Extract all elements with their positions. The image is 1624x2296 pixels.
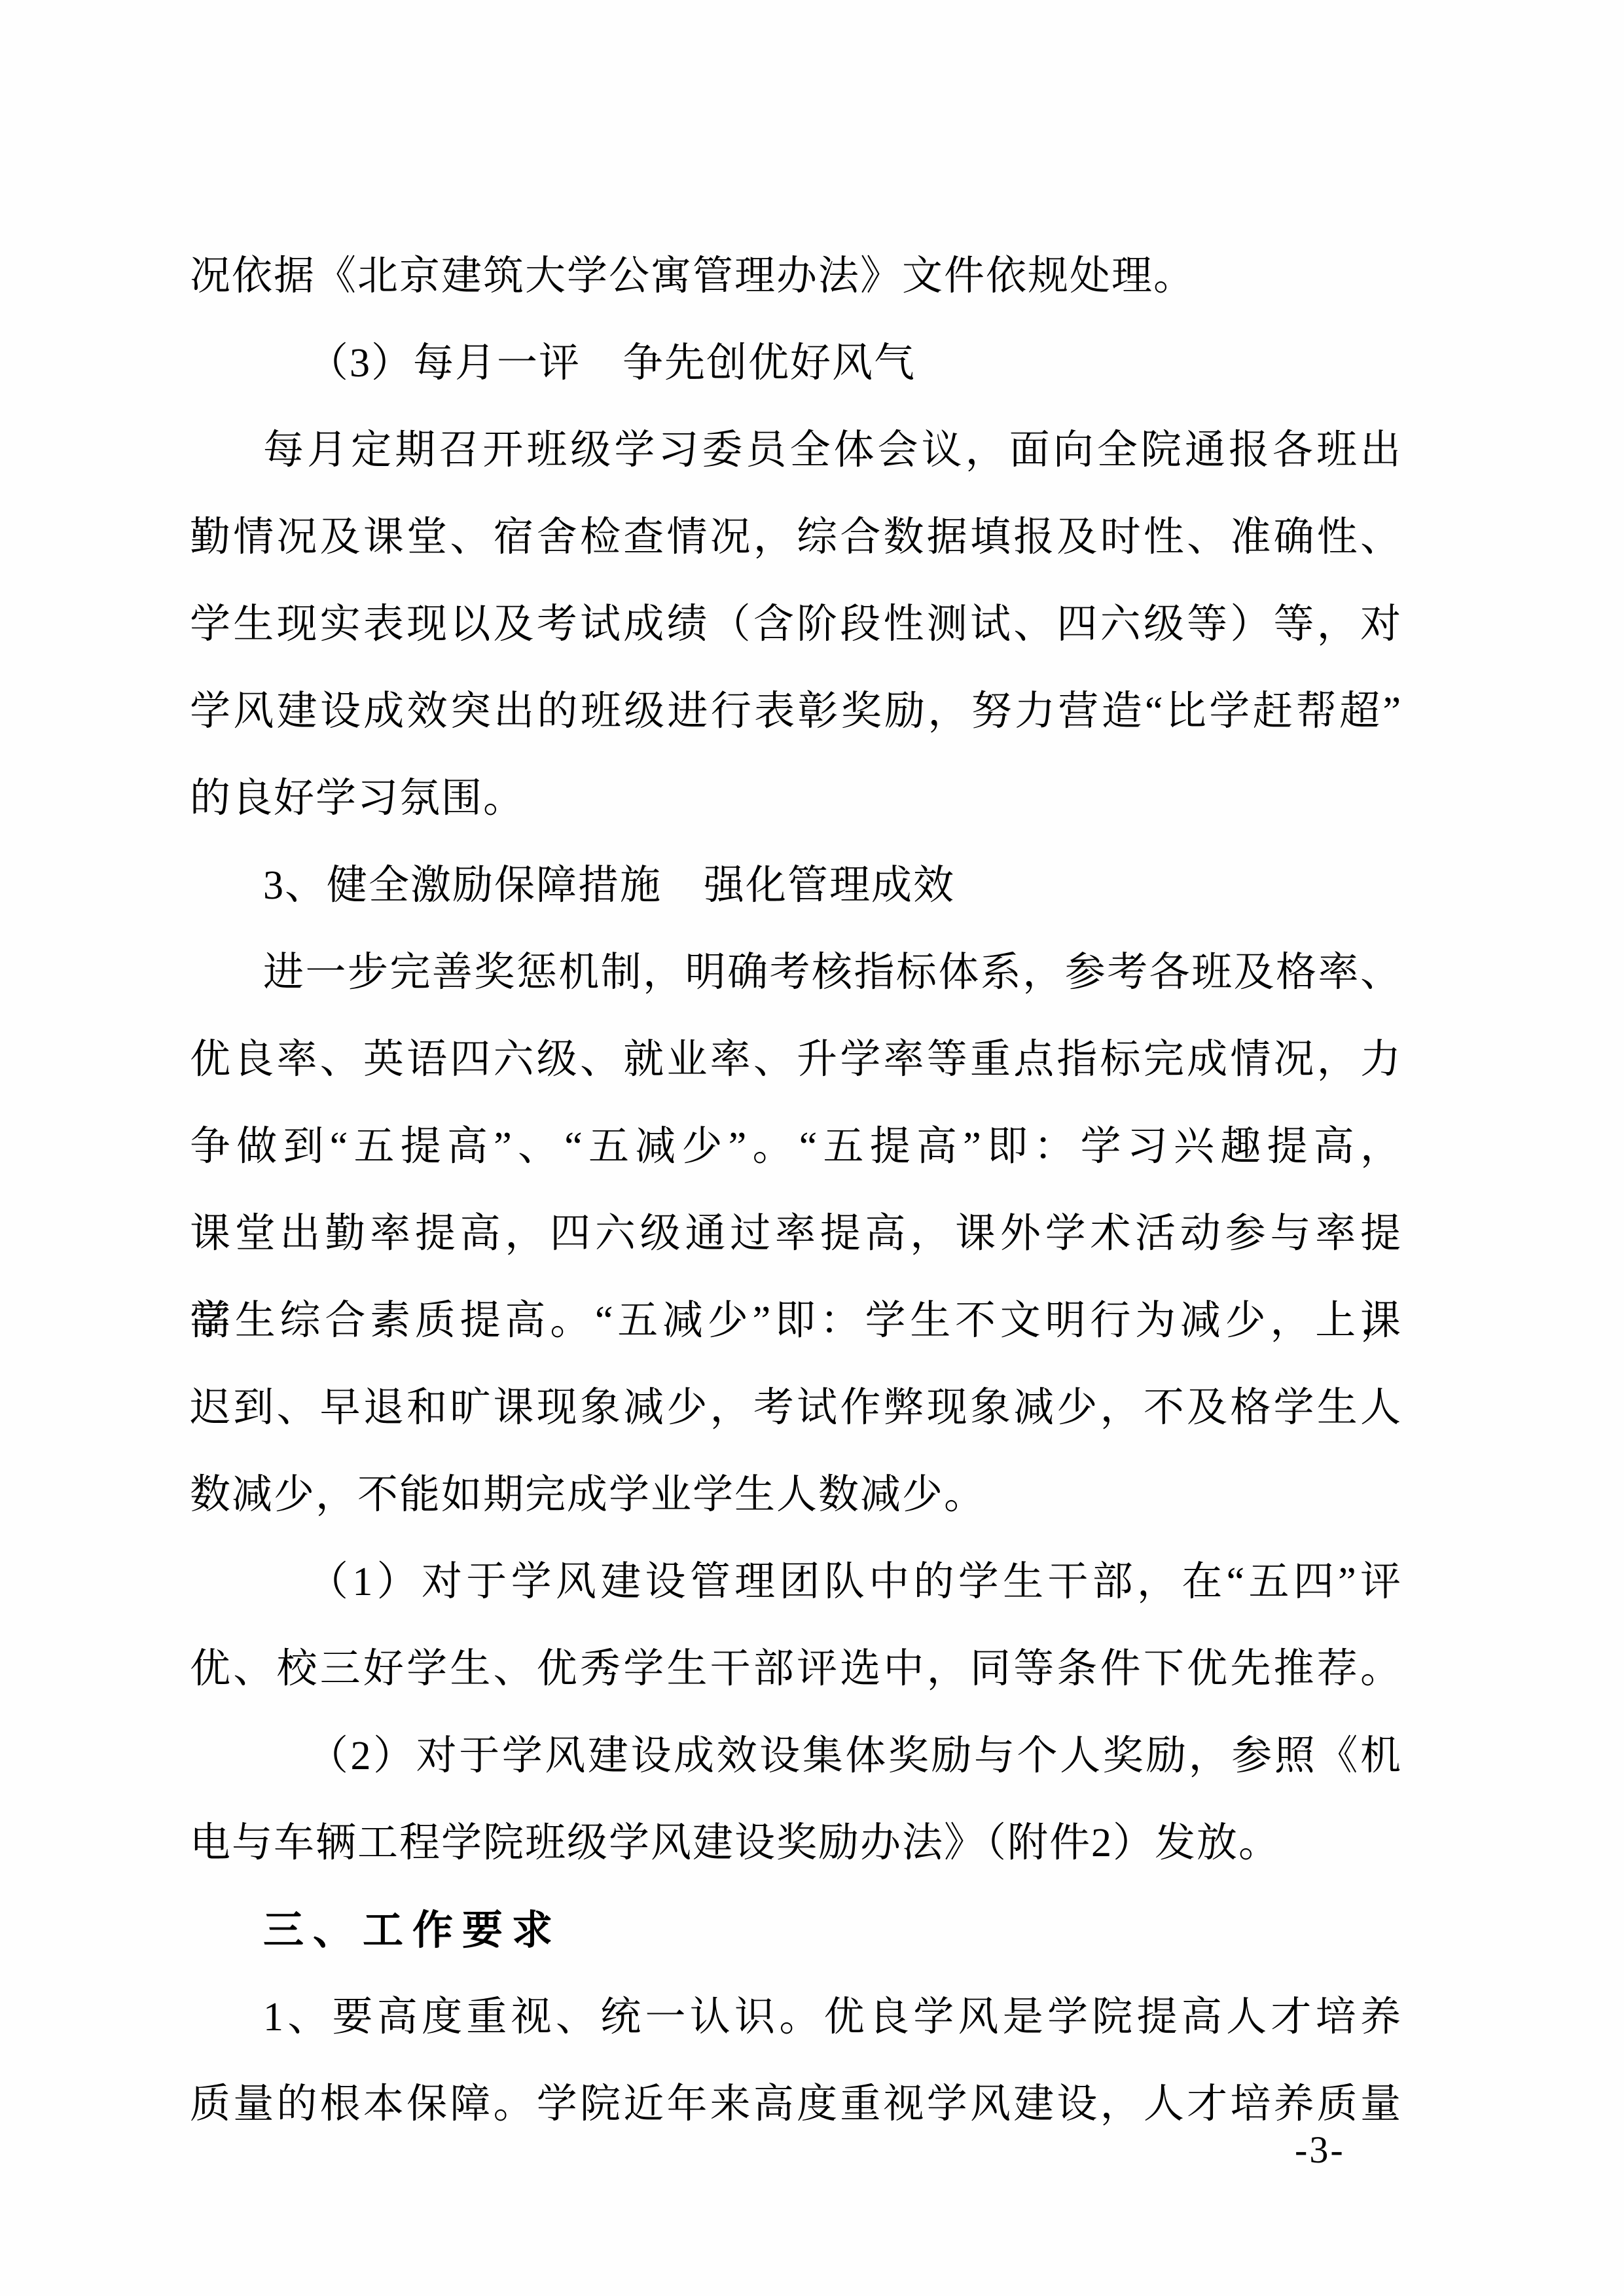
- text-line-subitem-1: （1）对于学风建设管理团队中的学生干部，在“五四”评: [190, 1539, 1402, 1626]
- text-line: 学风建设成效突出的班级进行表彰奖励，努力营造“比学赶帮超”: [190, 668, 1402, 755]
- document-text-block: 况依据《北京建筑大学公寓管理办法》文件依规处理。 （3）每月一评 争先创优好风气…: [190, 233, 1402, 2148]
- text-line: 学生综合素质提高。“五减少”即：学生不文明行为减少，上课: [190, 1278, 1402, 1365]
- text-line: 迟到、早退和旷课现象减少，考试作弊现象减少，不及格学生人: [190, 1365, 1402, 1452]
- text-line: 课堂出勤率提高，四六级通过率提高，课外学术活动参与率提高，: [190, 1191, 1402, 1278]
- text-line: 优良率、英语四六级、就业率、升学率等重点指标完成情况，力: [190, 1016, 1402, 1103]
- text-line: 质量的根本保障。学院近年来高度重视学风建设，人才培养质量: [190, 2061, 1402, 2148]
- section-heading: 三、工作要求: [190, 1887, 1402, 1974]
- text-line-subitem-2: （2）对于学风建设成效设集体奖励与个人奖励，参照《机: [190, 1713, 1402, 1800]
- text-line-item-3: 3、健全激励保障措施 强化管理成效: [190, 842, 1402, 929]
- text-line: 况依据《北京建筑大学公寓管理办法》文件依规处理。: [190, 233, 1402, 320]
- text-line-subitem-3: （3）每月一评 争先创优好风气: [190, 320, 1402, 407]
- text-line: 数减少，不能如期完成学业学生人数减少。: [190, 1452, 1402, 1539]
- text-line: 学生现实表现以及考试成绩（含阶段性测试、四六级等）等，对: [190, 581, 1402, 668]
- text-line-item-1: 1、要高度重视、统一认识。优良学风是学院提高人才培养: [190, 1974, 1402, 2061]
- text-line: 进一步完善奖惩机制，明确考核指标体系，参考各班及格率、: [190, 929, 1402, 1016]
- text-line: 争做到“五提高”、“五减少”。“五提高”即：学习兴趣提高，: [190, 1103, 1402, 1191]
- text-line: 每月定期召开班级学习委员全体会议，面向全院通报各班出: [190, 407, 1402, 494]
- text-line: 的良好学习氛围。: [190, 755, 1402, 842]
- text-line: 勤情况及课堂、宿舍检查情况，综合数据填报及时性、准确性、: [190, 494, 1402, 581]
- text-line: 电与车辆工程学院班级学风建设奖励办法》（附件2）发放。: [190, 1800, 1402, 1887]
- document-page: 况依据《北京建筑大学公寓管理办法》文件依规处理。 （3）每月一评 争先创优好风气…: [0, 0, 1624, 2296]
- page-number: -3-: [1295, 2127, 1345, 2173]
- text-line: 优、校三好学生、优秀学生干部评选中，同等条件下优先推荐。: [190, 1626, 1402, 1713]
